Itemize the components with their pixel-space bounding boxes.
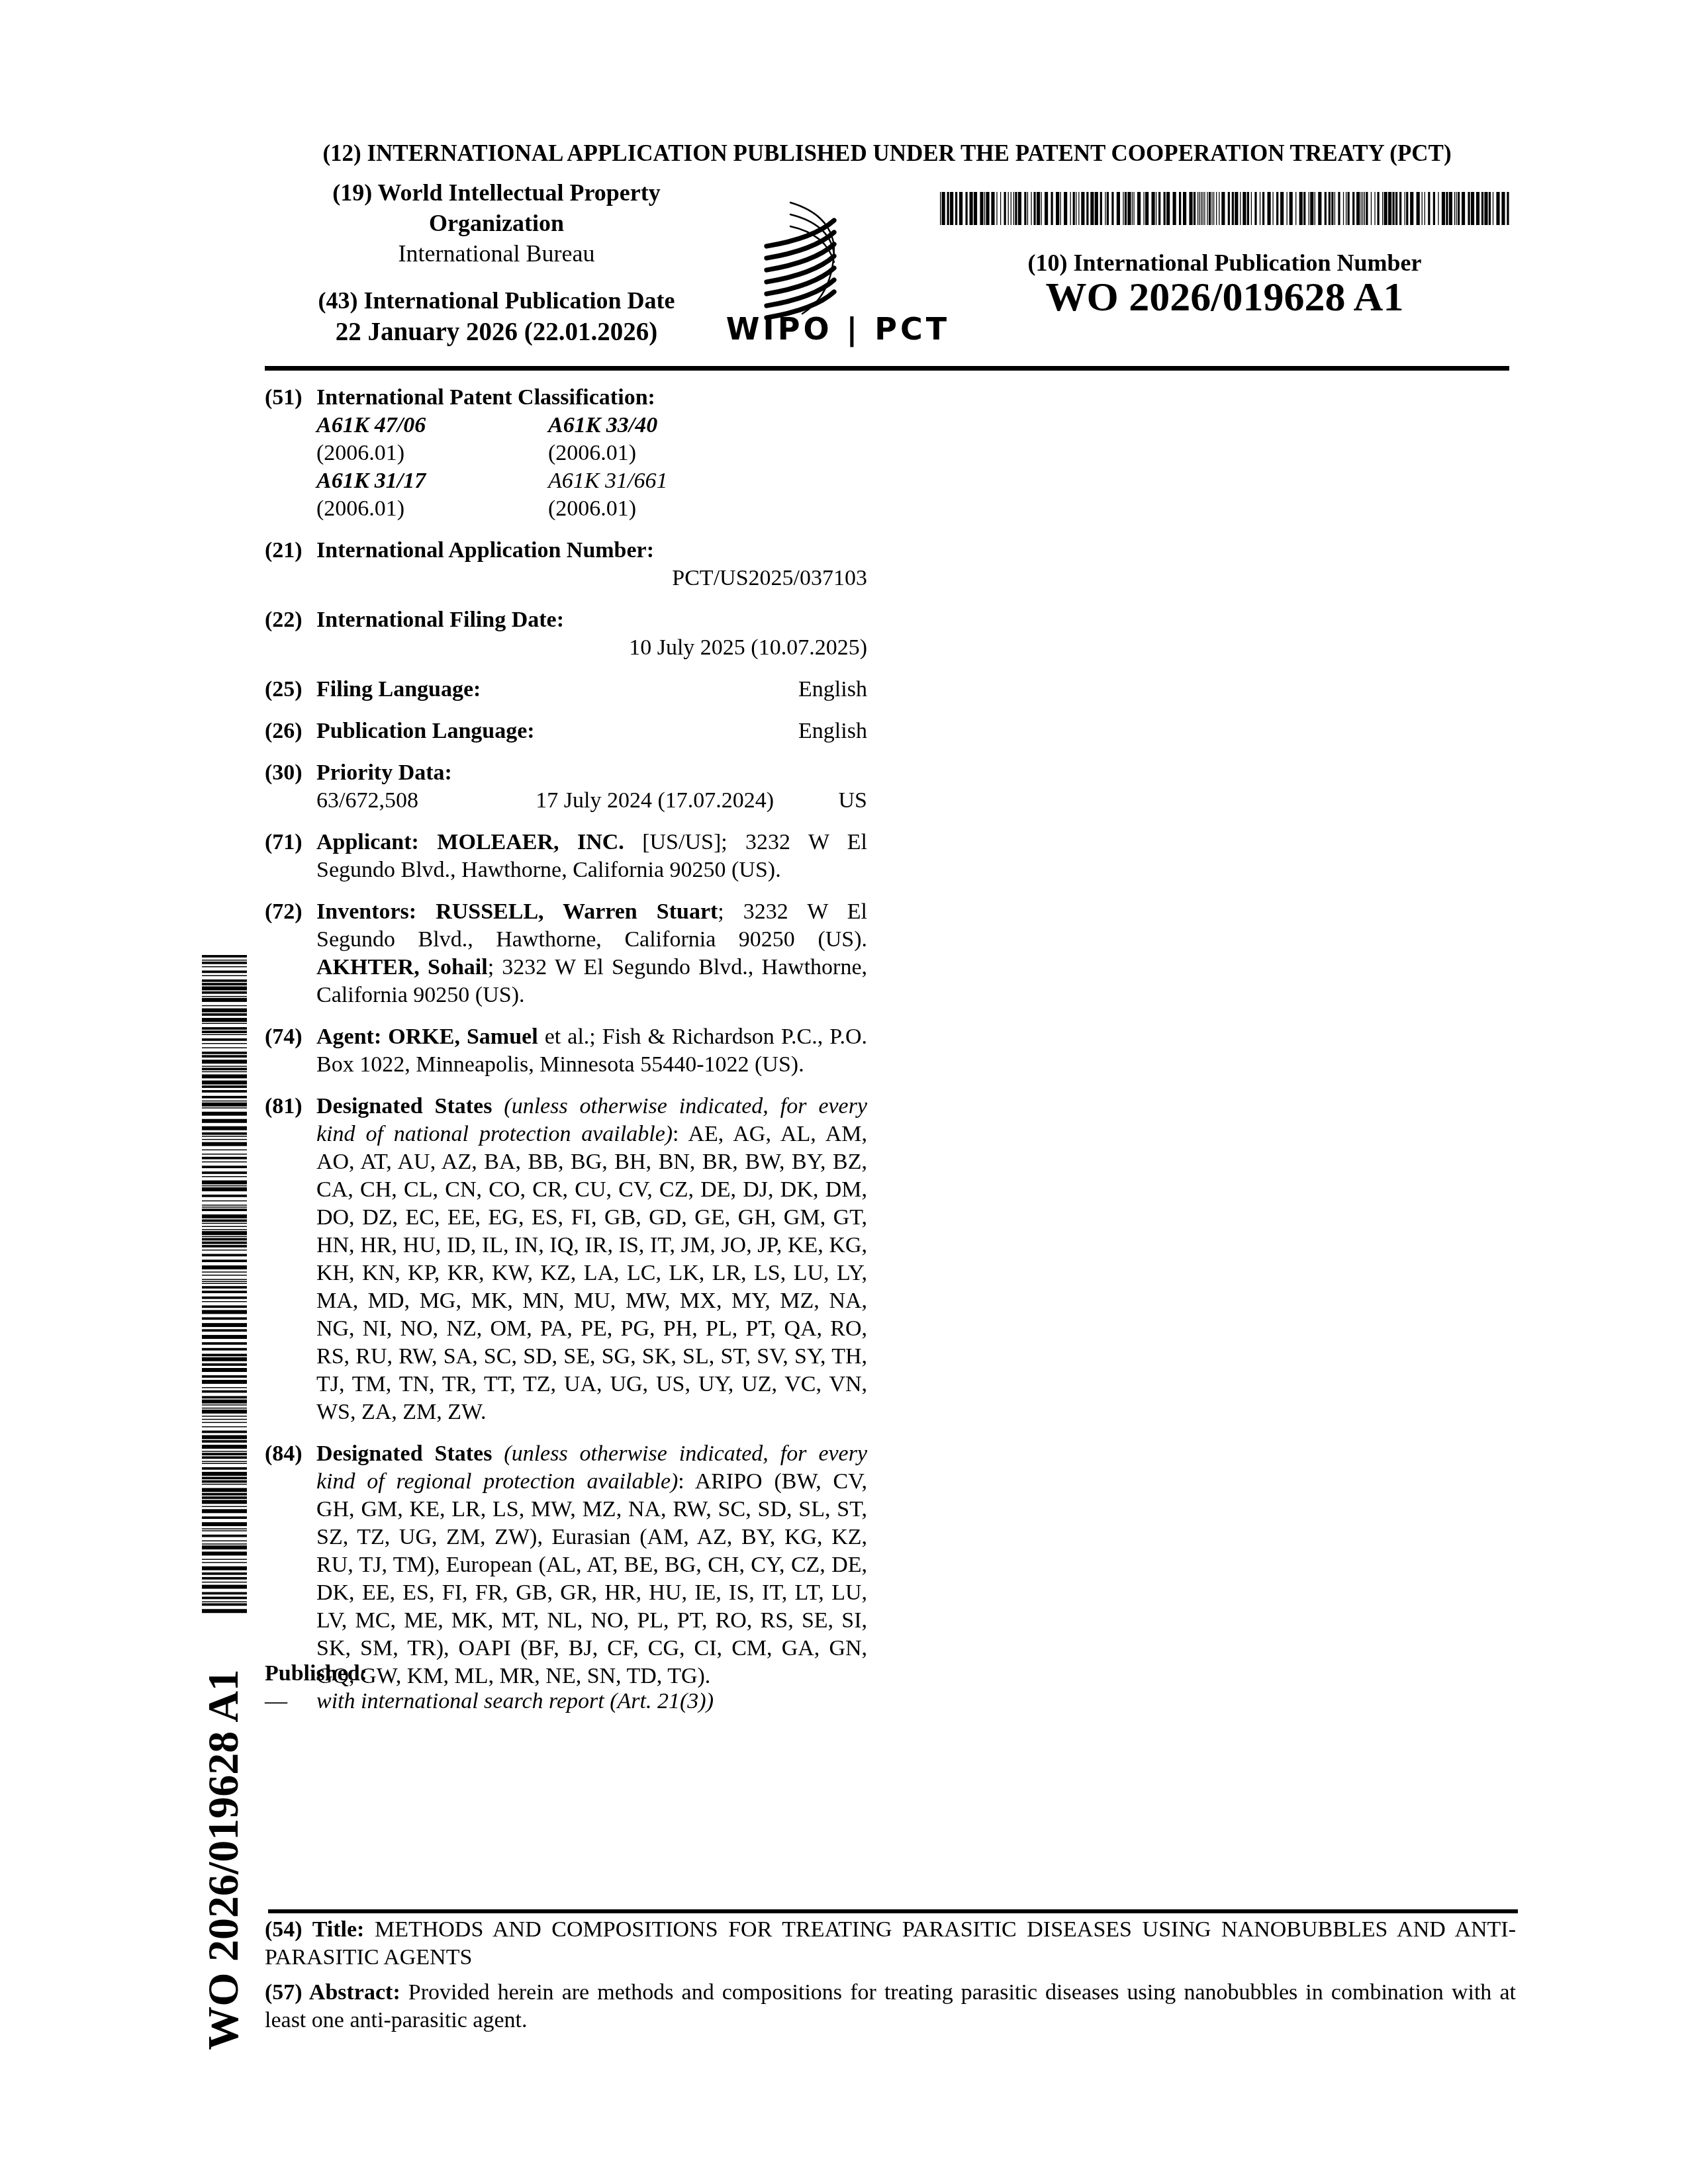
filing-date: 10 July 2025 (10.07.2025) xyxy=(316,634,867,662)
section-label: Filing Language: xyxy=(316,676,481,704)
national-states-list: AE, AG, AL, AM, AO, AT, AU, AZ, BA, BB, … xyxy=(316,1122,867,1424)
published-item: —with international search report (Art. … xyxy=(265,1688,861,1715)
applicant-name: MOLEAER, INC. xyxy=(437,830,624,854)
org-line-1: (19) World Intellectual Property xyxy=(265,177,728,208)
inventor-name: AKHTER, Sohail xyxy=(316,955,488,979)
inid-code: (74) xyxy=(265,1023,303,1051)
abstract-text: Provided herein are methods and composit… xyxy=(265,1980,1516,2032)
section-agent: (74) Agent: ORKE, Samuel et al.; Fish & … xyxy=(265,1023,867,1079)
title-divider xyxy=(268,1909,1518,1913)
vertical-publication-number: WO 2026/019628 A1 xyxy=(199,1669,249,2050)
publication-language: English xyxy=(798,717,867,745)
inid-code: (51) xyxy=(265,384,303,412)
org-line-2: Organization xyxy=(265,208,728,238)
filing-language: English xyxy=(798,676,867,704)
section-label: Priority Data: xyxy=(316,759,867,787)
section-label: Publication Language: xyxy=(316,717,535,745)
application-number: PCT/US2025/037103 xyxy=(316,565,867,592)
publication-date-block: (43) International Publication Date 22 J… xyxy=(265,285,728,348)
section-application-number: (21) International Application Number: P… xyxy=(265,537,867,592)
section-label: Designated States xyxy=(316,1441,492,1466)
section-priority-data: (30) Priority Data: 63/672,508 17 July 2… xyxy=(265,759,867,815)
title-text: METHODS AND COMPOSITIONS FOR TREATING PA… xyxy=(265,1917,1516,1970)
agent-name: ORKE, Samuel xyxy=(388,1024,538,1049)
inid-code: (30) xyxy=(265,759,303,787)
ipc-entry: A61K 47/06 (2006.01) xyxy=(316,412,515,467)
ipc-code: A61K 31/661 xyxy=(548,469,667,493)
section-filing-date: (22) International Filing Date: 10 July … xyxy=(265,606,867,662)
published-label: Published: xyxy=(265,1660,861,1688)
section-label: Agent: xyxy=(316,1024,381,1049)
section-regional-designated-states: (84) Designated States (unless otherwise… xyxy=(265,1440,867,1690)
publication-date-value: 22 January 2026 (22.01.2026) xyxy=(265,316,728,348)
inid-code: (22) xyxy=(265,606,303,634)
inid-code: (21) xyxy=(265,537,303,565)
publication-date-label: (43) International Publication Date xyxy=(265,285,728,316)
regional-states-list: ARIPO (BW, CV, GH, GM, KE, LR, LS, MW, M… xyxy=(316,1469,867,1688)
inid-code: (26) xyxy=(265,717,303,745)
section-publication-language: (26) Publication Language: English xyxy=(265,717,867,745)
publication-number: WO 2026/019628 A1 xyxy=(947,274,1503,321)
ipc-version: (2006.01) xyxy=(548,496,636,521)
document-type-heading: (12) INTERNATIONAL APPLICATION PUBLISHED… xyxy=(265,140,1509,167)
inid-code: (81) xyxy=(265,1093,303,1120)
priority-date: 17 July 2024 (17.07.2024) xyxy=(536,787,774,815)
ipc-entry: A61K 31/661 (2006.01) xyxy=(548,467,747,523)
priority-number: 63/672,508 xyxy=(316,787,418,815)
section-label: International Patent Classification: xyxy=(316,384,867,412)
wipo-pct-wordmark: WIPO | PCT xyxy=(726,311,951,347)
title-label: (54) Title: xyxy=(265,1917,364,1942)
publication-number-label: (10) International Publication Number xyxy=(947,249,1503,277)
ipc-code: A61K 47/06 xyxy=(316,413,426,437)
priority-entry: 63/672,508 17 July 2024 (17.07.2024) US xyxy=(316,787,867,815)
ipc-version: (2006.01) xyxy=(316,496,404,521)
header-divider xyxy=(265,366,1509,371)
section-ipc: (51) International Patent Classification… xyxy=(265,384,867,523)
ipc-code: A61K 33/40 xyxy=(548,413,657,437)
dash-bullet: — xyxy=(265,1688,316,1715)
section-national-designated-states: (81) Designated States (unless otherwise… xyxy=(265,1093,867,1426)
issuing-organization: (19) World Intellectual Property Organiz… xyxy=(265,177,728,269)
barcode-icon xyxy=(940,192,1509,225)
published-item-text: with international search report (Art. 2… xyxy=(316,1689,714,1713)
inid-code: (71) xyxy=(265,829,303,856)
inid-code: (84) xyxy=(265,1440,303,1468)
ipc-entry: A61K 33/40 (2006.01) xyxy=(548,412,747,467)
org-line-3: International Bureau xyxy=(265,238,728,269)
inid-code: (25) xyxy=(265,676,303,704)
ipc-code-list: A61K 47/06 (2006.01) A61K 33/40 (2006.01… xyxy=(316,412,867,523)
published-status: Published: —with international search re… xyxy=(265,1660,861,1715)
title-block: (54) Title: METHODS AND COMPOSITIONS FOR… xyxy=(265,1916,1516,1972)
bibliographic-data: (51) International Patent Classification… xyxy=(265,384,867,1704)
section-filing-language: (25) Filing Language: English xyxy=(265,676,867,704)
section-label: International Application Number: xyxy=(316,537,867,565)
section-applicant: (71) Applicant: MOLEAER, INC. [US/US]; 3… xyxy=(265,829,867,884)
ipc-code: A61K 31/17 xyxy=(316,469,426,493)
section-label: Applicant: xyxy=(316,830,419,854)
abstract-label: (57) Abstract: xyxy=(265,1980,400,2005)
section-label: International Filing Date: xyxy=(316,606,867,634)
ipc-version: (2006.01) xyxy=(548,441,636,465)
section-inventors: (72) Inventors: RUSSELL, Warren Stuart; … xyxy=(265,898,867,1009)
priority-country: US xyxy=(839,787,867,815)
inventor-name: RUSSELL, Warren Stuart xyxy=(436,899,718,924)
section-label: Designated States xyxy=(316,1094,492,1118)
ipc-version: (2006.01) xyxy=(316,441,404,465)
section-label: Inventors: xyxy=(316,899,416,924)
inid-code: (72) xyxy=(265,898,303,926)
vertical-barcode-icon xyxy=(202,955,247,1615)
abstract-block: (57) Abstract: Provided herein are metho… xyxy=(265,1979,1516,2034)
ipc-entry: A61K 31/17 (2006.01) xyxy=(316,467,515,523)
